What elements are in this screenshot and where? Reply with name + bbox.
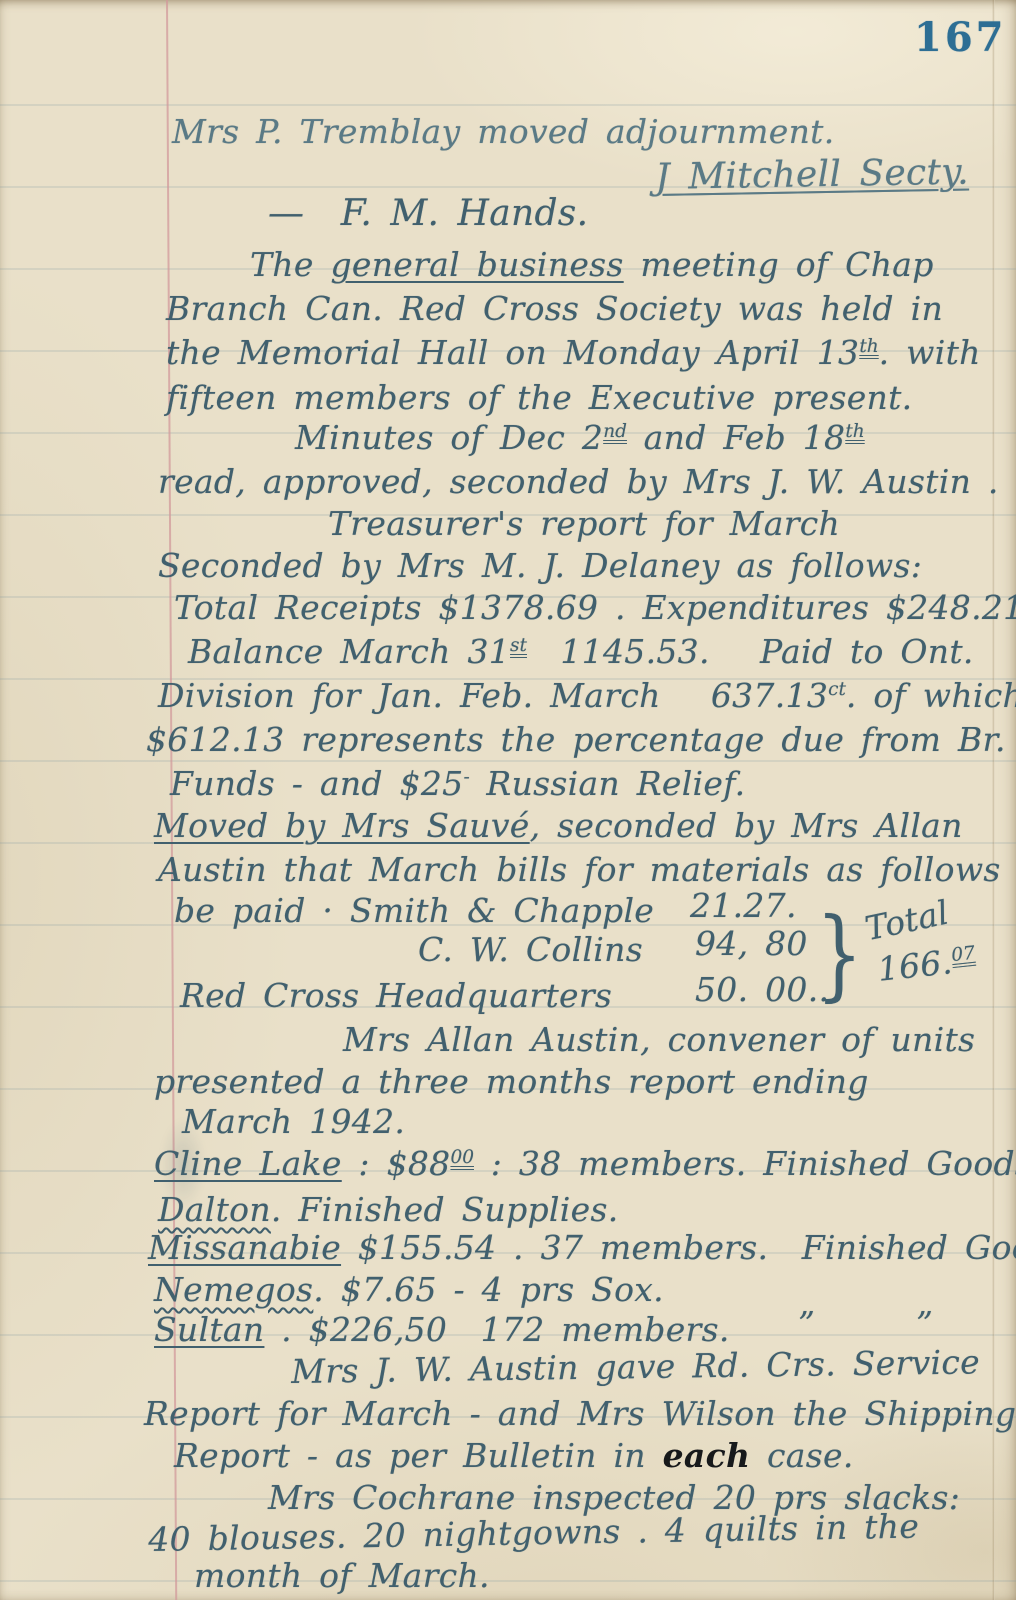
page-edge-crease: [992, 0, 995, 1600]
handwriting-line: Mrs Allan Austin, convener of units: [343, 1022, 975, 1058]
text-run: 94, 80: [695, 924, 808, 963]
handwriting-line: Total Receipts $1378.69 . Expenditures $…: [174, 590, 1016, 626]
text-run: Branch Can. Red Cross Society was held i…: [166, 289, 943, 328]
handwriting-line: Seconded by Mrs M. J. Delaney as follows…: [158, 548, 922, 584]
handwriting-line: The general business meeting of Chap: [250, 247, 934, 283]
text-run: . $226,50 172 members.: [264, 1310, 729, 1349]
handwriting-line: Funds - and $25- Russian Relief.: [170, 766, 745, 802]
ditto-mark: ”: [798, 1306, 815, 1342]
bills-total-value: 166.07: [876, 942, 977, 988]
handwriting-line-adjournment: Mrs P. Tremblay moved adjournment.: [172, 114, 835, 150]
signature-fm-hands: — F. M. Hands.: [268, 194, 588, 234]
text-run: Sultan: [154, 1310, 264, 1349]
handwriting-line: month of March.: [194, 1558, 490, 1594]
handwriting-line: Report - as per Bulletin in each case.: [174, 1438, 854, 1474]
text-run: and Feb 18: [627, 418, 845, 457]
text-run: presented a three months report ending: [154, 1062, 869, 1101]
text-run: . Finished Supplies.: [271, 1190, 619, 1229]
text-run: Balance March 31: [188, 632, 510, 671]
unit-report-line: Nemegos. $7.65 - 4 prs Sox.: [154, 1272, 664, 1308]
text-run: 40 blouses. 20 nightgowns . 4 quilts in …: [148, 1507, 919, 1559]
text-run: : $88: [342, 1144, 451, 1183]
text-run: case.: [750, 1436, 853, 1475]
bill-amount: 21.27.: [690, 888, 797, 924]
text-run: , seconded by Mrs Allan: [530, 806, 963, 845]
minute-book-page: 167 Mrs P. Tremblay moved adjournment. J…: [0, 0, 1016, 1600]
text-run: general business: [330, 245, 623, 284]
text-run: Moved by Mrs Sauvé: [154, 806, 530, 845]
text-run: Mrs Allan Austin, convener of units: [343, 1020, 975, 1059]
text-run: 166.: [876, 942, 954, 989]
handwriting-line: 40 blouses. 20 nightgowns . 4 quilts in …: [148, 1509, 919, 1559]
text-run: Report - as per Bulletin in: [174, 1436, 663, 1475]
handwriting-line: Branch Can. Red Cross Society was held i…: [166, 291, 943, 327]
bill-payee: Red Cross Headquarters: [180, 978, 612, 1014]
bills-brace: }: [816, 906, 863, 1004]
handwriting-line: presented a three months report ending: [154, 1064, 869, 1100]
bill-amount: 50. 00..: [695, 972, 829, 1008]
page-number: 167: [914, 14, 1007, 61]
text-run: Total Receipts $1378.69 . Expenditures $…: [174, 588, 1016, 627]
text-run: The: [250, 245, 330, 284]
text-run: Funds - and $25: [170, 764, 463, 803]
text-run: Dalton: [158, 1190, 271, 1229]
text-run: th: [859, 336, 878, 357]
handwriting-line: Treasurer's report for March: [328, 506, 840, 542]
text-run: . with: [879, 333, 981, 372]
text-run: the Memorial Hall on Monday April 13: [166, 333, 859, 372]
text-run: each: [663, 1436, 751, 1475]
unit-report-line: Sultan . $226,50 172 members.: [154, 1312, 730, 1348]
text-run: fifteen members of the Executive present…: [166, 378, 912, 417]
handwriting-line: Austin that March bills for materials as…: [158, 852, 1001, 888]
unit-report-line: Cline Lake : $8800 : 38 members. Finishe…: [154, 1146, 1016, 1182]
text-run: March 1942.: [182, 1102, 405, 1141]
text-run: be paid · Smith & Chapple: [174, 891, 654, 930]
text-run: Russian Relief.: [470, 764, 746, 803]
handwriting-line: Report for March - and Mrs Wilson the Sh…: [144, 1396, 1016, 1432]
text-run: — F. M. Hands.: [268, 193, 588, 234]
text-run: Division for Jan. Feb. March 637.13: [158, 676, 828, 715]
text-run: Minutes of Dec 2: [295, 418, 603, 457]
text-run: : 38 members. Finished Goods.: [474, 1144, 1016, 1183]
text-run: meeting of Chap: [624, 245, 934, 284]
handwriting-line: Mrs J. W. Austin gave Rd. Crs. Service: [291, 1344, 980, 1390]
text-run: 00: [450, 1147, 474, 1168]
text-run: read, approved, seconded by Mrs J. W. Au…: [158, 462, 999, 501]
text-run: Seconded by Mrs M. J. Delaney as follows…: [158, 546, 922, 585]
text-run: Red Cross Headquarters: [180, 976, 612, 1015]
text-run: Treasurer's report for March: [328, 504, 840, 543]
handwriting-line: Minutes of Dec 2nd and Feb 18th: [295, 420, 865, 456]
handwriting-line: Division for Jan. Feb. March 637.13ct. o…: [158, 678, 1016, 714]
secretary-signature: J Mitchell Secty.: [655, 153, 969, 198]
bills-total-label: Total: [862, 894, 952, 947]
unit-report-line: Missanabie $155.54 . 37 members. Finishe…: [148, 1230, 1016, 1266]
handwriting-line: $612.13 represents the percentage due fr…: [146, 722, 1006, 758]
handwriting-line: read, approved, seconded by Mrs J. W. Au…: [158, 464, 999, 500]
ditto-mark: ”: [916, 1306, 933, 1342]
text-run: ”: [798, 1304, 815, 1343]
text-run: Nemegos: [154, 1270, 313, 1309]
text-run: 21.27.: [690, 886, 797, 925]
text-run: $155.54 . 37 members. Finished Goods: [341, 1228, 1016, 1267]
text-run: . $7.65 - 4 prs Sox.: [313, 1270, 664, 1309]
text-run: nd: [603, 421, 627, 442]
handwriting-line: the Memorial Hall on Monday April 13th. …: [166, 335, 981, 371]
text-run: Missanabie: [148, 1228, 341, 1267]
text-run: Mrs P. Tremblay moved adjournment.: [172, 112, 835, 151]
text-run: 1145.53. Paid to Ont.: [527, 632, 974, 671]
text-run: ”: [916, 1304, 933, 1343]
bill-payee: be paid · Smith & Chapple: [174, 893, 654, 929]
text-run: C. W. Collins: [418, 930, 643, 969]
text-run: month of March.: [194, 1556, 490, 1595]
handwriting-line: fifteen members of the Executive present…: [166, 380, 912, 416]
text-run: th: [845, 421, 864, 442]
bill-amount: 94, 80: [695, 926, 808, 962]
text-run: st: [510, 635, 527, 656]
unit-report-line: Dalton. Finished Supplies.: [158, 1192, 619, 1228]
text-run: 50. 00..: [695, 970, 829, 1009]
text-run: ct: [828, 679, 846, 700]
text-run: Austin that March bills for materials as…: [158, 850, 1001, 889]
bill-payee: C. W. Collins: [418, 932, 643, 968]
text-run: J Mitchell Secty.: [655, 152, 969, 198]
text-run: Report for March - and Mrs Wilson the Sh…: [144, 1394, 1016, 1433]
text-run: Total: [862, 893, 953, 949]
text-run: $612.13 represents the percentage due fr…: [146, 720, 1006, 759]
handwriting-line: March 1942.: [182, 1104, 405, 1140]
handwriting-line: Moved by Mrs Sauvé, seconded by Mrs Alla…: [154, 808, 963, 844]
text-run: Cline Lake: [154, 1144, 342, 1183]
text-run: Mrs J. W. Austin gave Rd. Crs. Service: [291, 1342, 980, 1391]
text-run: . of which: [846, 676, 1016, 715]
handwriting-line: Balance March 31st 1145.53. Paid to Ont.: [188, 634, 974, 670]
text-run: 07: [950, 943, 976, 966]
text-run: }: [816, 898, 863, 1012]
